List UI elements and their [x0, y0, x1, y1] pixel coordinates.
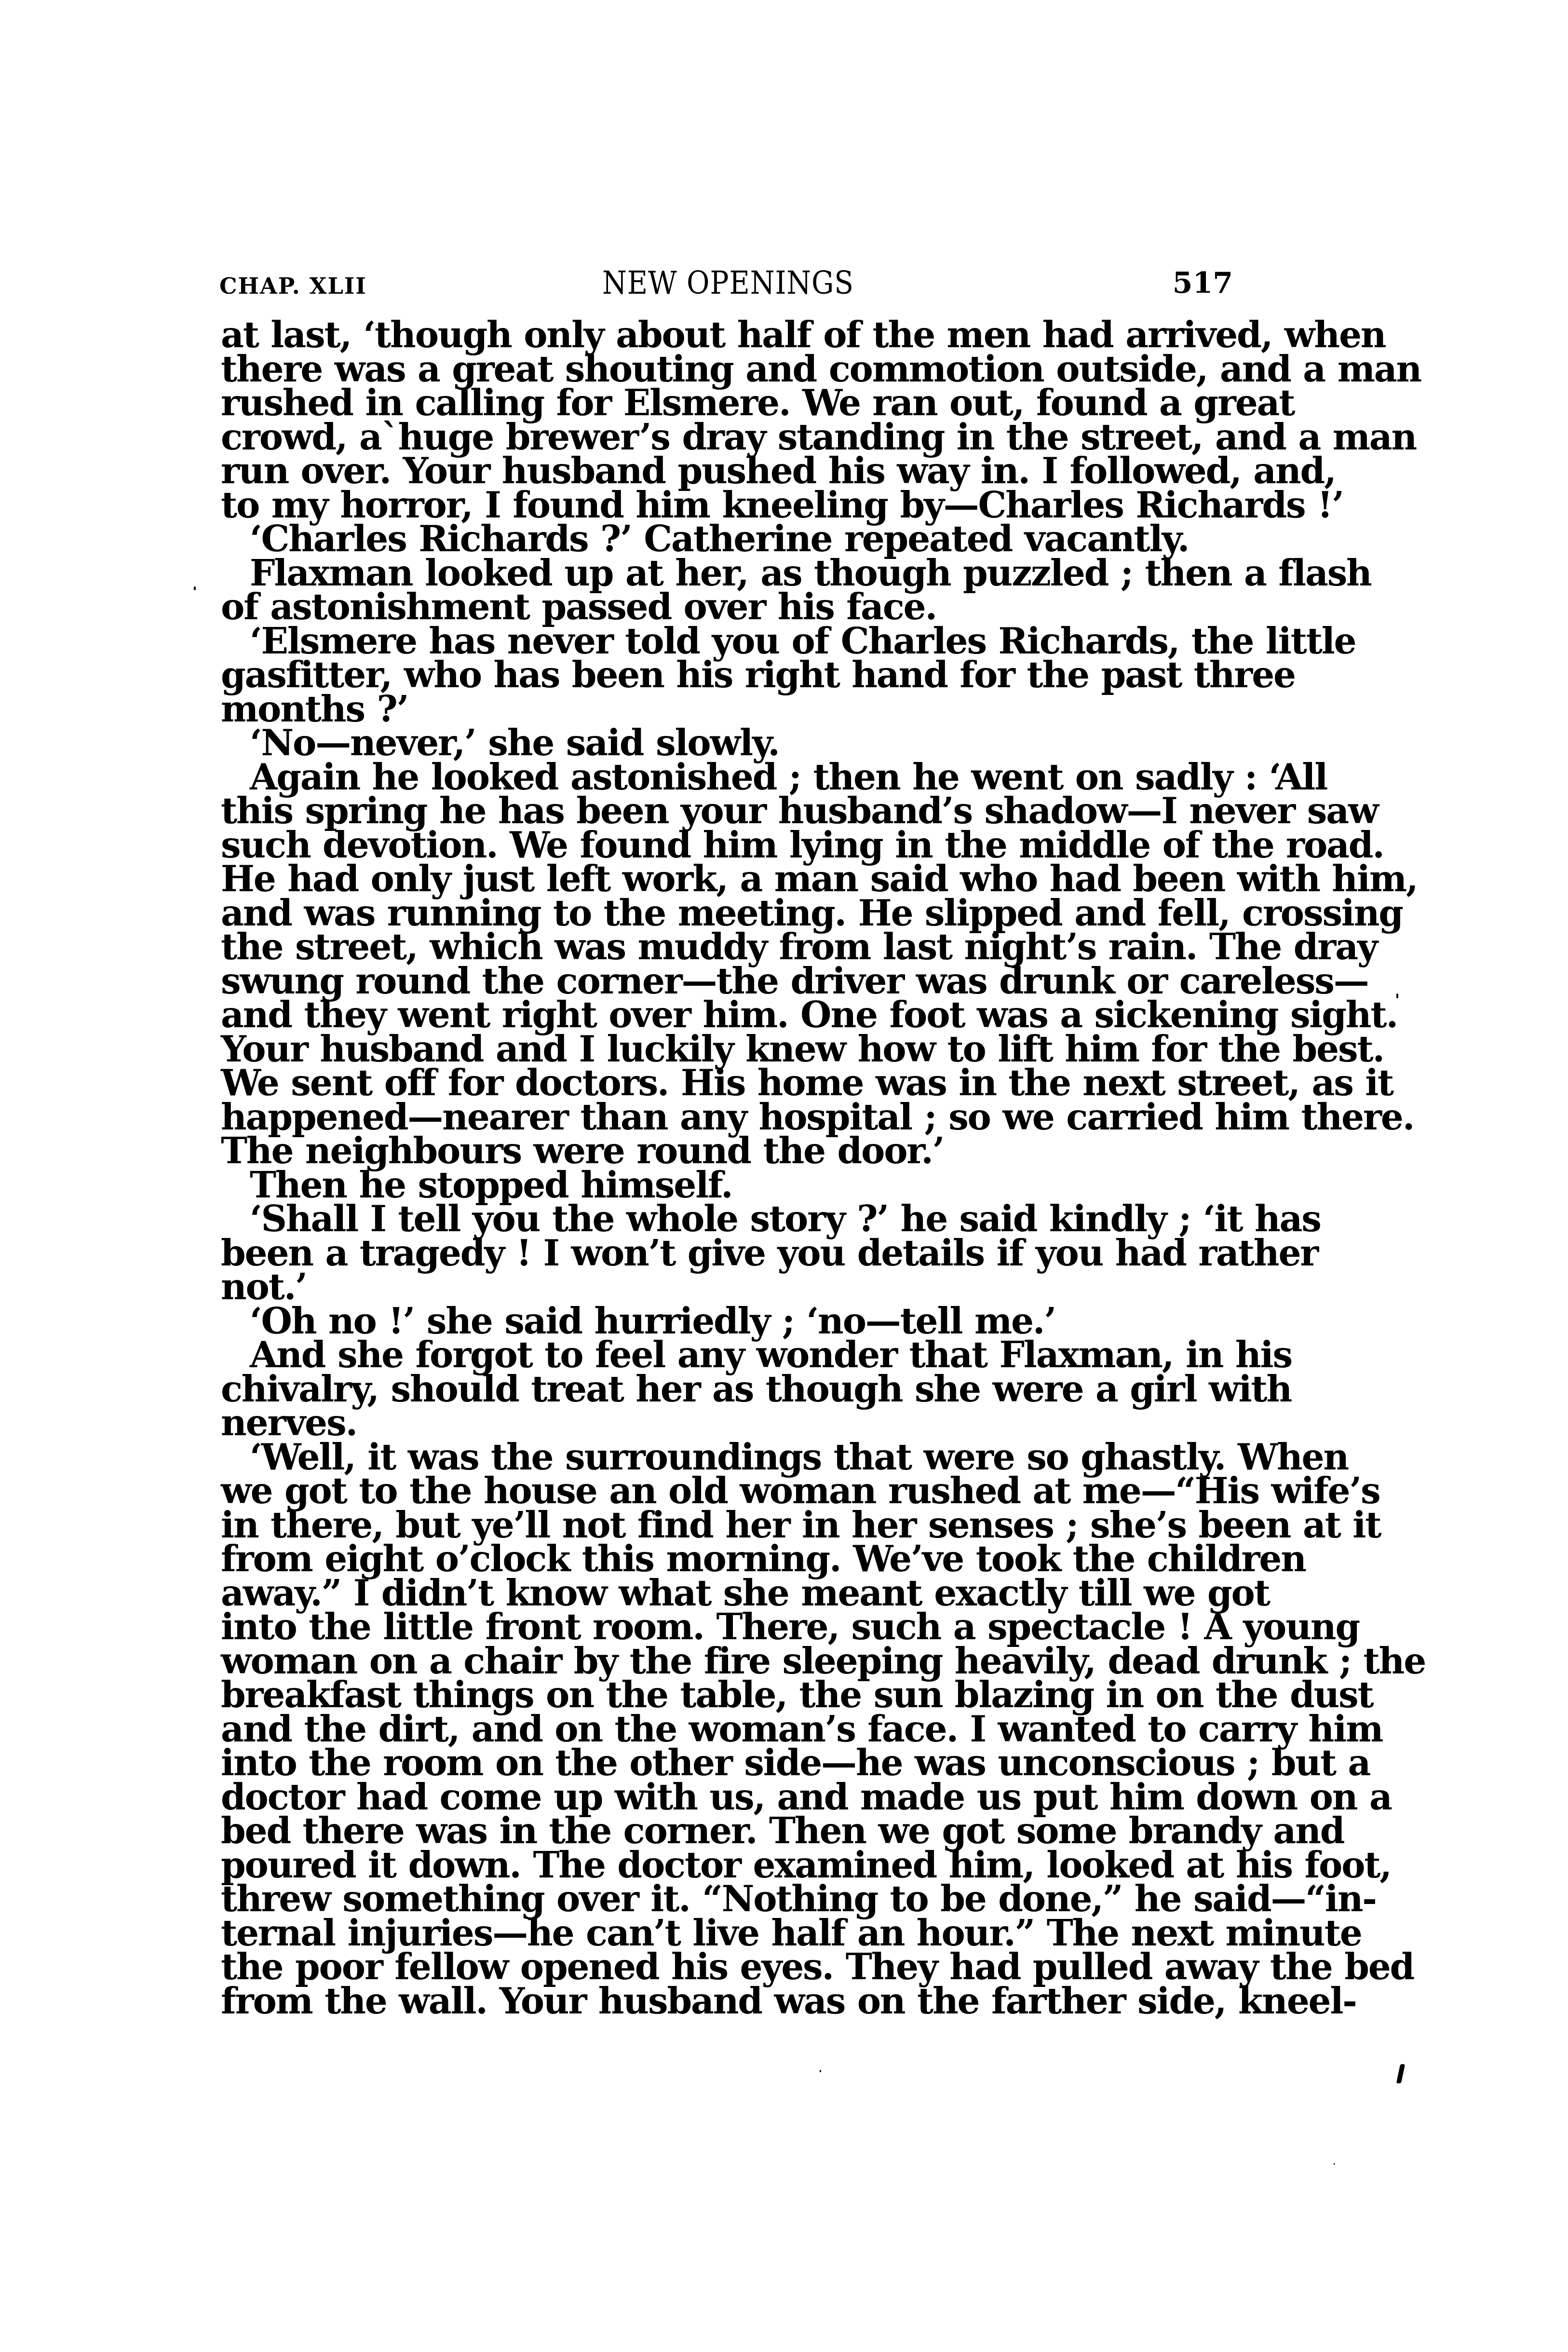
text-line: ‘Elsmere has never told you of Charles R…	[221, 625, 1234, 659]
text-line: ‘Shall I tell you the whole story ?’ he …	[221, 1202, 1234, 1237]
text-line: at last, ‘though only about half of the …	[221, 318, 1234, 353]
text-line: poured it down. The doctor examined him,…	[221, 1849, 1234, 1883]
text-line: and was running to the meeting. He slipp…	[221, 897, 1234, 931]
text-line: into the little front room. There, such …	[221, 1610, 1234, 1645]
text-line: months ?’	[221, 693, 1234, 727]
text-line: breakfast things on the table, the sun b…	[221, 1678, 1234, 1713]
running-head: CHAP. XLII NEW OPENINGS 517	[219, 264, 1237, 298]
text-line: there was a great shouting and commotion…	[221, 353, 1234, 387]
text-line: Again he looked astonished ; then he wen…	[221, 761, 1234, 795]
text-line: crowd, aˋhuge brewer’s dray standing in …	[221, 421, 1234, 455]
text-line: nerves.	[221, 1406, 1234, 1441]
text-line: this spring he has been your husband’s s…	[221, 794, 1234, 829]
text-line: rushed in calling for Elsmere. We ran ou…	[221, 386, 1234, 421]
text-line: bed there was in the corner. Then we got…	[221, 1814, 1234, 1849]
text-line: swung round the corner—the driver was dr…	[221, 965, 1234, 999]
text-line: happened—nearer than any hospital ; so w…	[221, 1101, 1234, 1135]
text-line: the poor fellow opened his eyes. They ha…	[221, 1950, 1234, 1985]
text-line: And she forgot to feel any wonder that F…	[221, 1338, 1234, 1373]
text-line: threw something over it. “Nothing to be …	[221, 1882, 1234, 1917]
scan-speck	[194, 586, 196, 590]
text-line: chivalry, should treat her as though she…	[221, 1373, 1234, 1407]
book-page: CHAP. XLII NEW OPENINGS 517 at last, ‘th…	[0, 0, 1568, 2352]
text-line: Flaxman looked up at her, as though puzz…	[221, 557, 1234, 591]
text-line: from the wall. Your husband was on the f…	[221, 1985, 1234, 2019]
text-line: Your husband and I luckily knew how to l…	[221, 1033, 1234, 1067]
text-line: run over. Your husband pushed his way in…	[221, 454, 1234, 489]
text-line: away.” I didn’t know what she meant exac…	[221, 1577, 1234, 1611]
text-line: doctor had come up with us, and made us …	[221, 1781, 1234, 1815]
scan-speck	[1396, 993, 1398, 998]
page-number: 517	[1173, 266, 1233, 300]
body-text: at last, ‘though only about half of the …	[221, 318, 1234, 2018]
scan-speck	[1396, 2064, 1406, 2083]
text-line: gasfitter, who has been his right hand f…	[221, 658, 1234, 693]
text-line: ‘Charles Richards ?’ Catherine repeated …	[221, 522, 1234, 557]
text-line: such devotion. We found him lying in the…	[221, 829, 1234, 863]
text-line: we got to the house an old woman rushed …	[221, 1474, 1234, 1509]
text-line: of astonishment passed over his face.	[221, 590, 1234, 625]
scan-speck	[1334, 2163, 1335, 2165]
running-title: NEW OPENINGS	[281, 264, 1176, 301]
text-line: been a tragedy ! I won’t give you detail…	[221, 1237, 1234, 1271]
text-line: to my horror, I found him kneeling by—Ch…	[221, 489, 1234, 523]
text-line: ‘Oh no !’ she said hurriedly ; ‘no—tell …	[221, 1305, 1234, 1339]
text-line: and the dirt, and on the woman’s face. I…	[221, 1713, 1234, 1747]
text-line: the street, which was muddy from last ni…	[221, 930, 1234, 965]
text-line: ‘Well, it was the surroundings that were…	[221, 1441, 1234, 1475]
text-line: and they went right over him. One foot w…	[221, 998, 1234, 1033]
text-line: ‘No—never,’ she said slowly.	[221, 726, 1234, 761]
text-line: We sent off for doctors. His home was in…	[221, 1066, 1234, 1101]
text-line: not.’	[221, 1270, 1234, 1305]
text-line: from eight o’clock this morning. We’ve t…	[221, 1542, 1234, 1577]
text-line: The neighbours were round the door.’	[221, 1134, 1234, 1169]
scan-speck	[820, 2070, 821, 2072]
text-line: woman on a chair by the fire sleeping he…	[221, 1645, 1234, 1679]
text-line: ternal injuries—he can’t live half an ho…	[221, 1917, 1234, 1951]
text-line: into the room on the other side—he was u…	[221, 1746, 1234, 1781]
text-line: Then he stopped himself.	[221, 1169, 1234, 1203]
text-line: He had only just left work, a man said w…	[221, 862, 1234, 897]
text-line: in there, but ye’ll not find her in her …	[221, 1509, 1234, 1543]
